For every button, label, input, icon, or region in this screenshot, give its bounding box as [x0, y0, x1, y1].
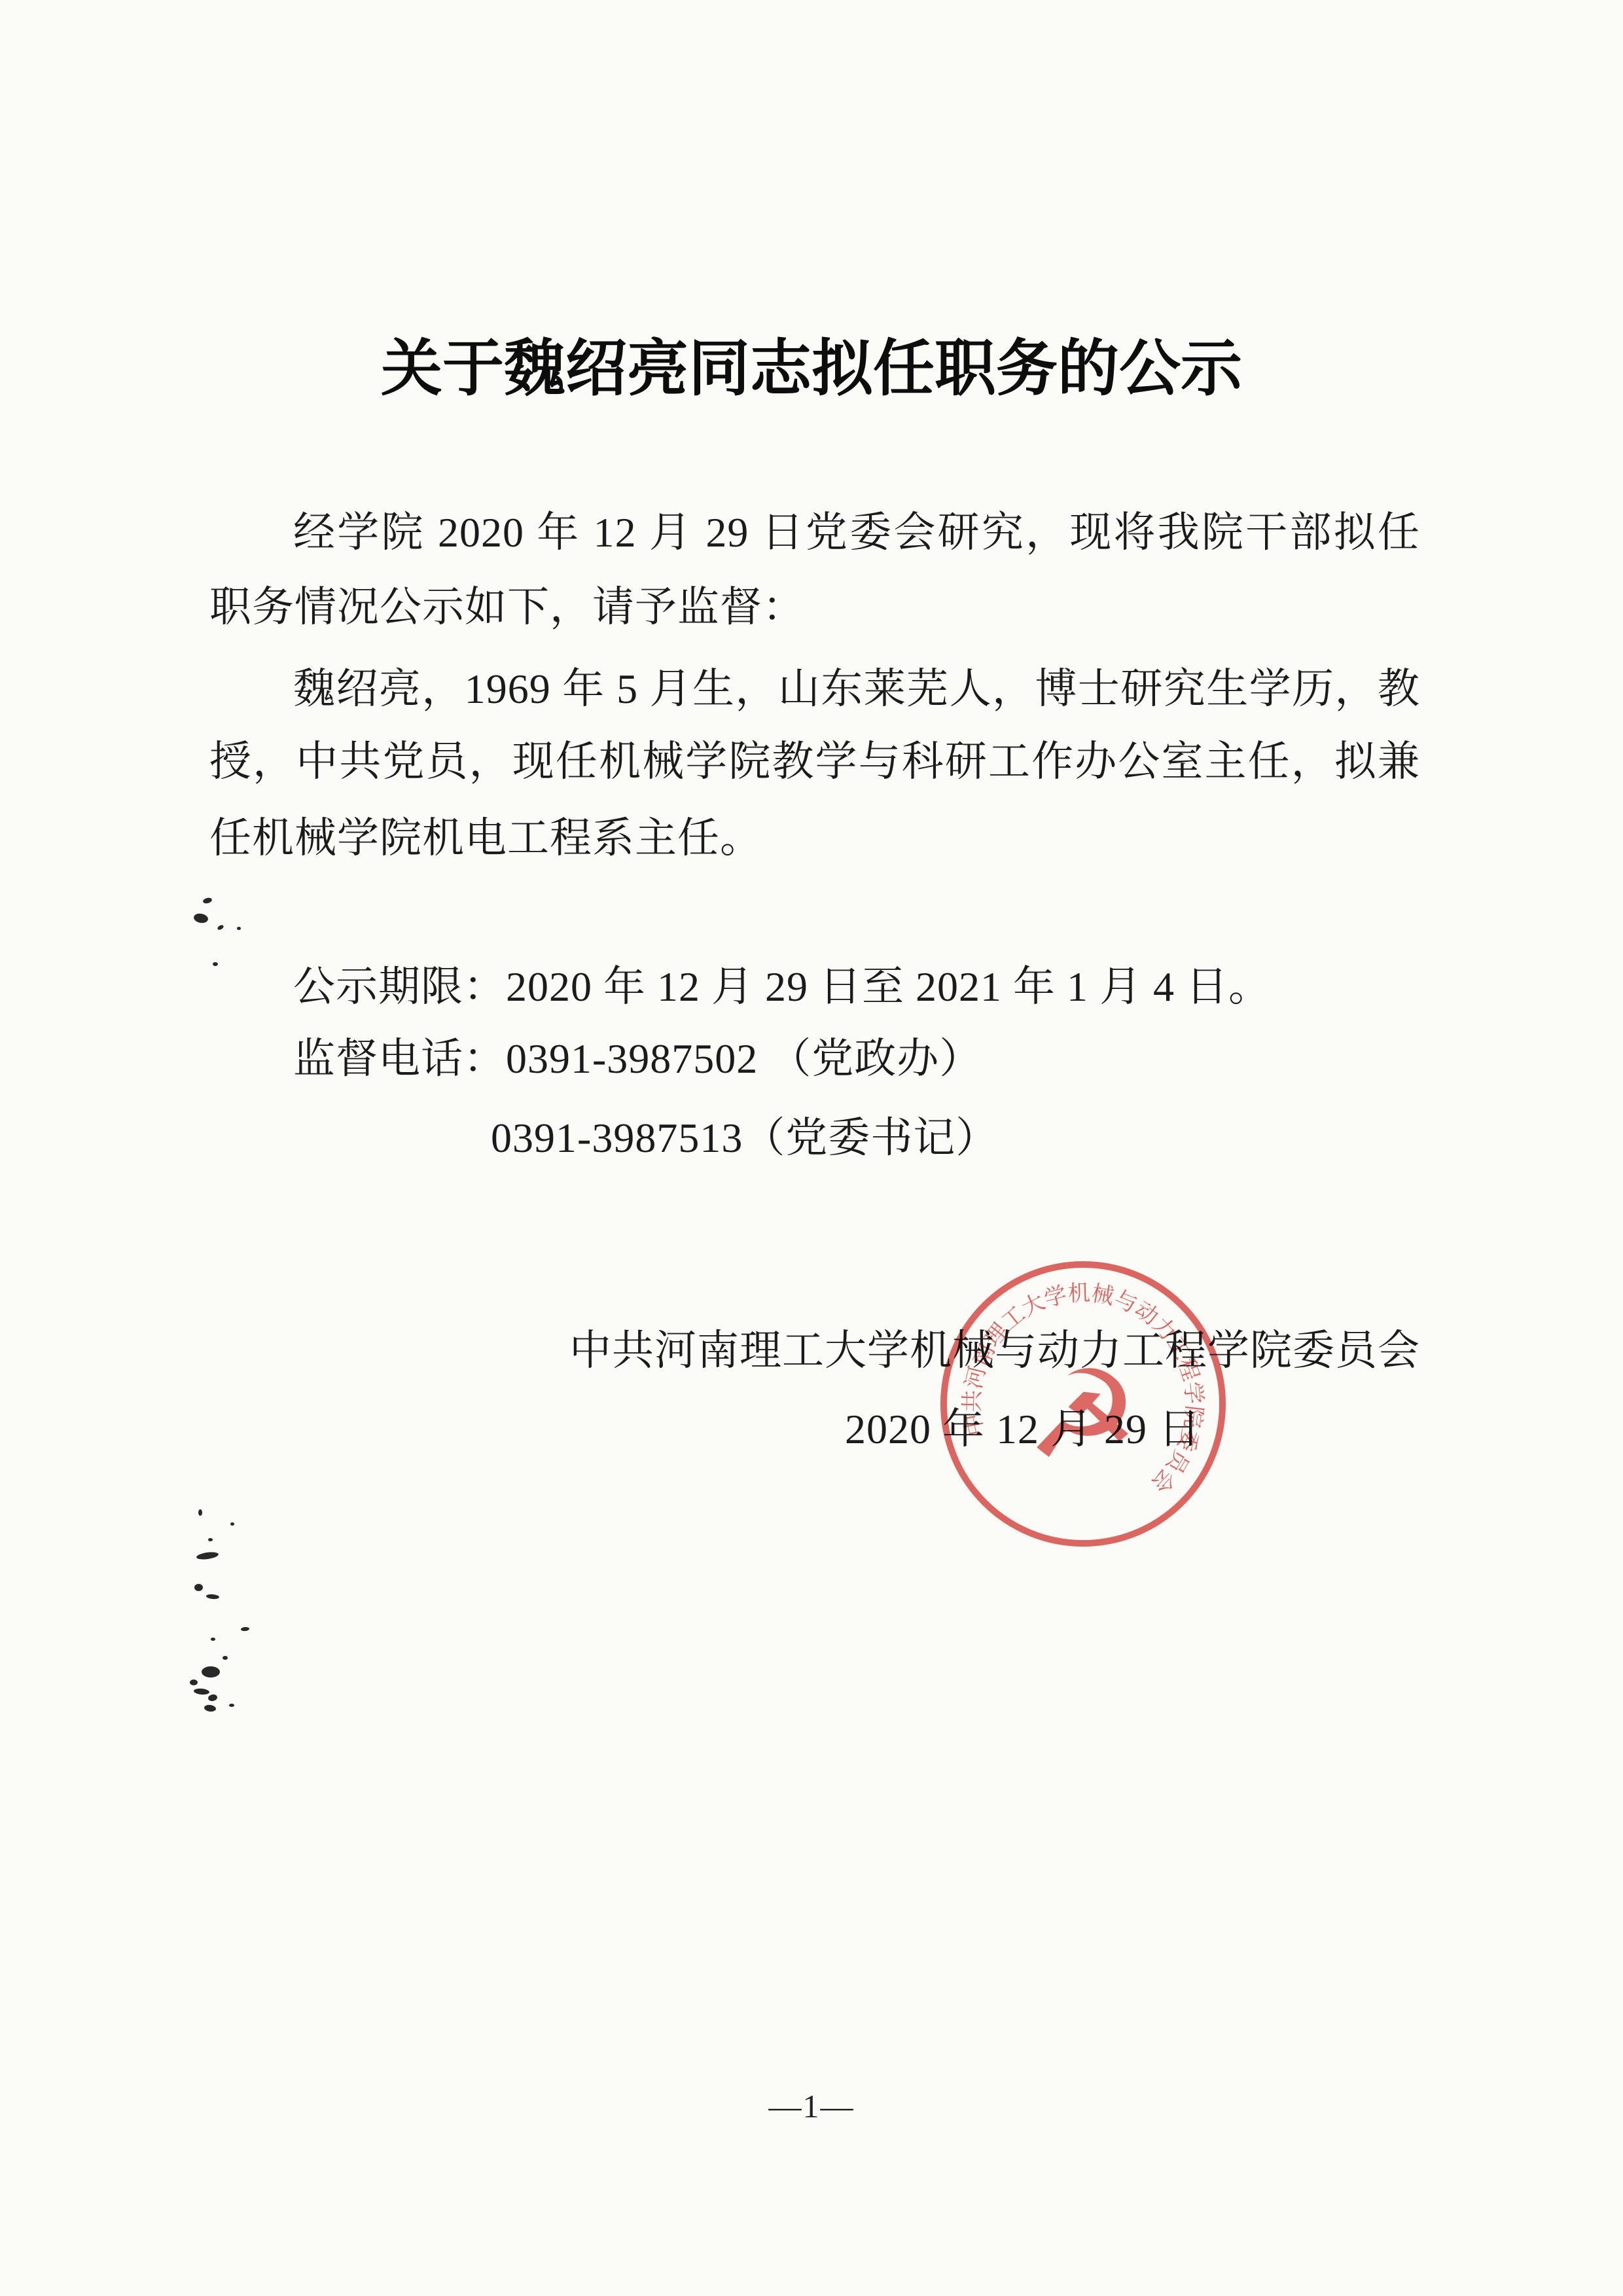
- ink-smudge: [194, 1584, 203, 1591]
- ink-smudge: [223, 1656, 228, 1660]
- body-line-4: 授，中共党员，现任机械学院教学与科研工作办公室主任，拟兼: [209, 740, 1420, 783]
- document-title: 关于魏绍亮同志拟任职务的公示: [0, 335, 1623, 403]
- signature-committee: 中共河南理工大学机械与动力工程学院委员会: [209, 1329, 1420, 1372]
- seal-graphic: 中共河南理工大学机械与动力工程学院委员会 ☭: [925, 1246, 1241, 1562]
- ink-smudge: [202, 897, 213, 904]
- hammer-sickle-emblem-icon: ☭: [1024, 1340, 1143, 1491]
- ink-smudge: [211, 1638, 215, 1641]
- ink-smudge: [207, 1694, 218, 1702]
- scanned-document-page: 关于魏绍亮同志拟任职务的公示 经学院 2020 年 12 月 29 日党委会研究…: [0, 0, 1623, 2296]
- body-line-3: 魏绍亮，1969 年 5 月生，山东莱芜人，博士研究生学历，教: [209, 668, 1420, 711]
- ink-smudge: [206, 1594, 220, 1600]
- supervision-phone-line-2: 0391-3987513（党委书记）: [209, 1117, 1420, 1160]
- ink-smudge: [208, 1538, 213, 1541]
- body-line-1: 经学院 2020 年 12 月 29 日党委会研究，现将我院干部拟任: [209, 511, 1420, 554]
- ink-smudge: [229, 1704, 234, 1707]
- notice-period-line: 公示期限：2020 年 12 月 29 日至 2021 年 1 月 4 日。: [209, 965, 1420, 1009]
- ink-smudge: [196, 1551, 219, 1561]
- ink-smudge: [241, 1626, 249, 1631]
- ink-smudge: [202, 1666, 220, 1677]
- ink-smudge: [213, 962, 218, 966]
- body-line-2: 职务情况公示如下，请予监督：: [209, 586, 1420, 629]
- ink-smudge: [193, 912, 209, 924]
- ink-smudge: [237, 927, 241, 930]
- ink-smudge: [204, 1704, 216, 1712]
- ink-smudge: [190, 1679, 198, 1685]
- ink-smudge: [217, 924, 224, 931]
- supervision-phone-line-1: 监督电话：0391-3987502 （党政办）: [209, 1037, 1420, 1081]
- signature-date: 2020 年 12 月 29 日: [209, 1408, 1420, 1451]
- body-line-5: 任机械学院机电工程系主任。: [209, 817, 1420, 860]
- ink-smudge: [230, 1522, 234, 1526]
- ink-smudge: [198, 1509, 202, 1516]
- official-seal-stamp: 中共河南理工大学机械与动力工程学院委员会 ☭: [925, 1246, 1241, 1562]
- page-number: —1—: [0, 2089, 1623, 2123]
- ink-smudge: [194, 1688, 210, 1695]
